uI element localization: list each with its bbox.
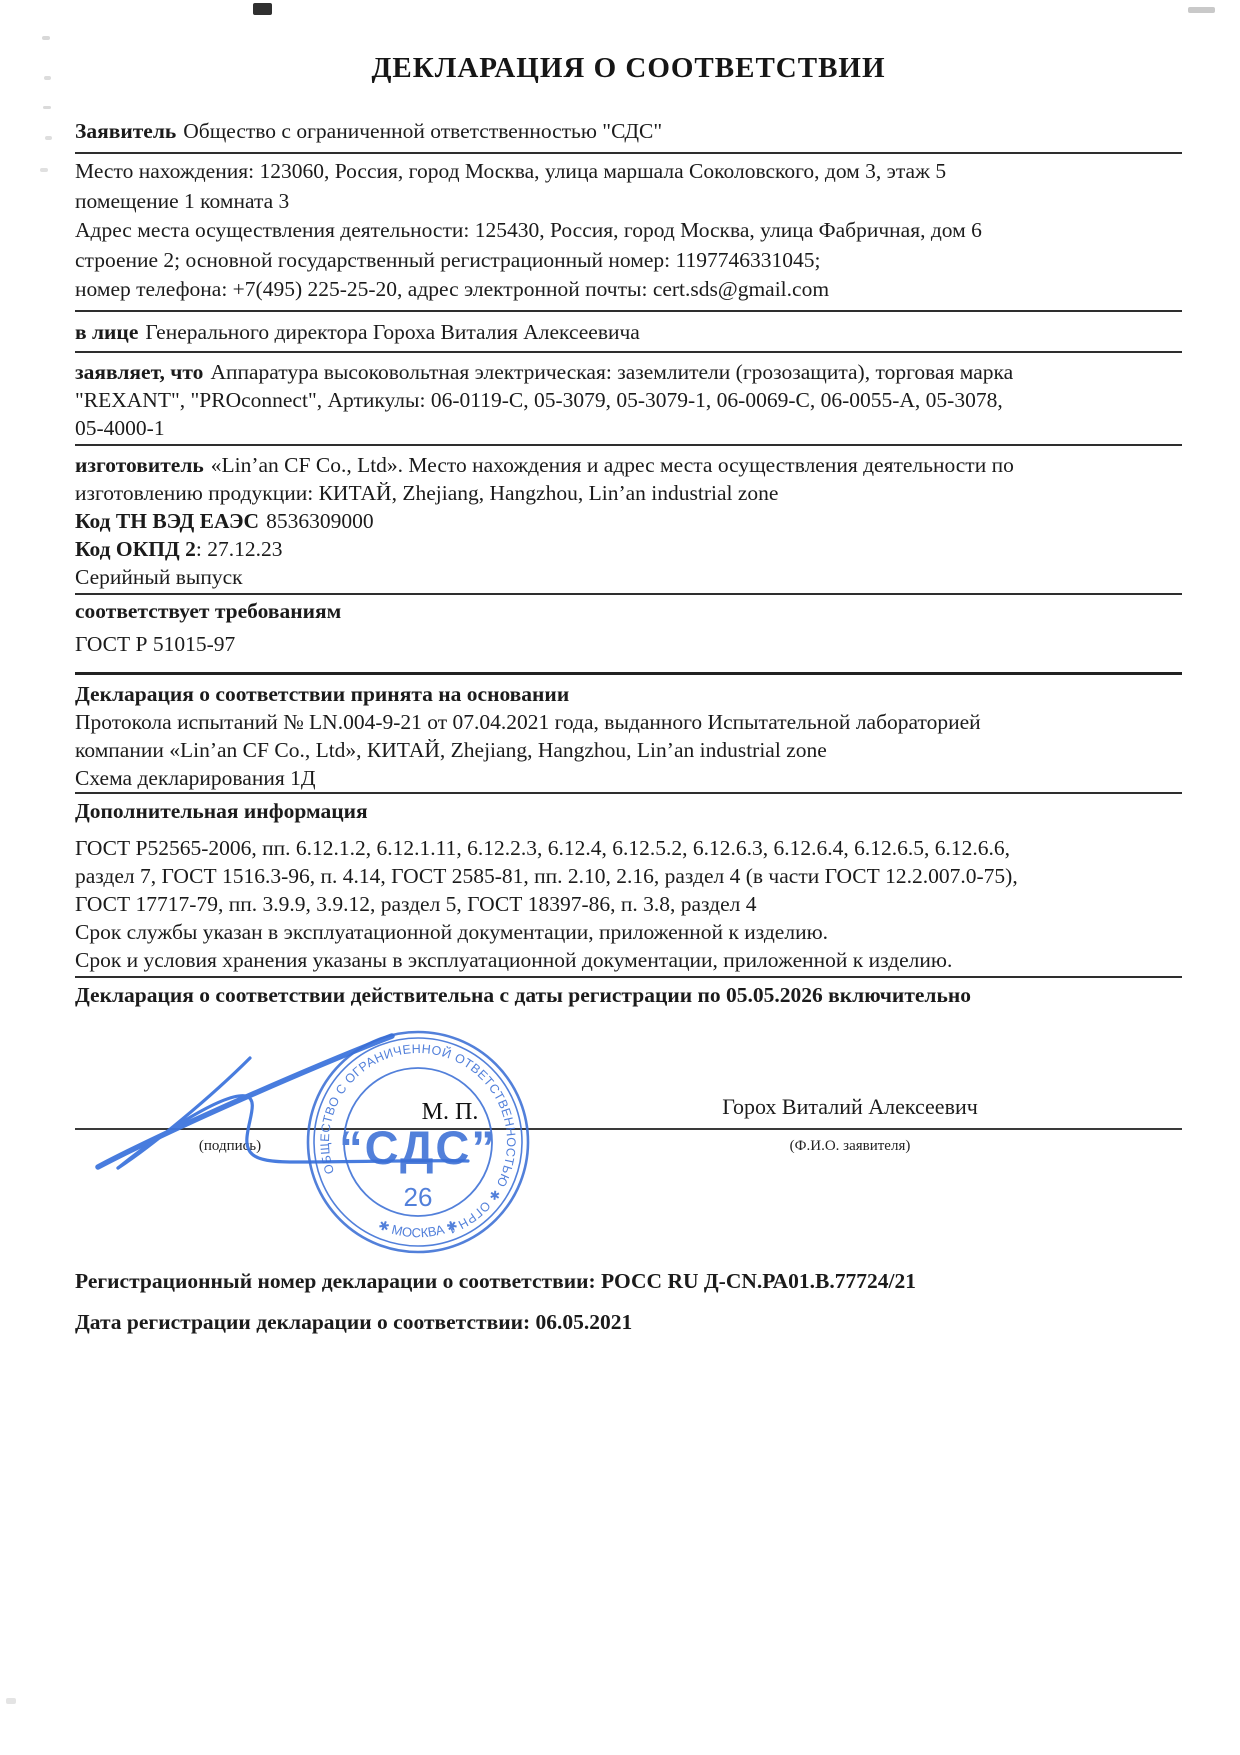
serial-row: Серийный выпуск — [75, 563, 1182, 591]
divider — [75, 152, 1182, 154]
in-person-row: в лицеГенерального директора Гороха Вита… — [75, 317, 1182, 347]
additional-gost-line: раздел 7, ГОСТ 1516.3-96, п. 4.14, ГОСТ … — [75, 862, 1182, 890]
registration-number-row: Регистрационный номер декларации о соотв… — [75, 1267, 1182, 1295]
basis-line: Протокола испытаний № LN.004-9-21 от 07.… — [75, 708, 1182, 736]
additional-heading: Дополнительная информация — [75, 797, 1182, 825]
applicant-label: Заявитель — [75, 119, 176, 143]
in-person-label: в лице — [75, 320, 138, 344]
signature-caption: (подпись) — [145, 1137, 315, 1155]
scan-artifact — [40, 168, 48, 172]
okpd-value: : 27.12.23 — [196, 537, 283, 561]
manufacturer-row: изготовитель«Lin’an CF Co., Ltd». Место … — [75, 451, 1182, 479]
scan-artifact — [1188, 7, 1215, 13]
document-page: ДЕКЛАРАЦИЯ О СООТВЕТСТВИИ ЗаявительОбщес… — [0, 0, 1240, 1755]
basis-heading: Декларация о соответствии принята на осн… — [75, 680, 1182, 708]
declares-label: заявляет, что — [75, 360, 203, 384]
validity-row: Декларация о соответствии действительна … — [75, 981, 1182, 1009]
manufacturer-label: изготовитель — [75, 453, 204, 477]
scan-artifact — [44, 76, 51, 80]
okpd-label: Код ОКПД 2 — [75, 537, 196, 561]
in-person-value: Генерального директора Гороха Виталия Ал… — [145, 320, 639, 344]
service-life-row: Срок службы указан в эксплуатационной до… — [75, 918, 1182, 946]
scan-artifact — [45, 136, 52, 140]
scan-artifact — [43, 106, 51, 109]
okpd-row: Код ОКПД 2: 27.12.23 — [75, 535, 1182, 563]
divider — [75, 351, 1182, 353]
address-line: помещение 1 комната 3 — [75, 187, 1182, 217]
additional-gost-line: ГОСТ 17717-79, пп. 3.9.9, 3.9.12, раздел… — [75, 890, 1182, 918]
divider — [75, 310, 1182, 312]
signature-block: М. П. Горох Виталий Алексеевич (подпись)… — [0, 1009, 1240, 1261]
applicant-value: Общество с ограниченной ответственностью… — [183, 119, 662, 143]
divider — [75, 976, 1182, 978]
tnved-row: Код ТН ВЭД ЕАЭС8536309000 — [75, 507, 1182, 535]
address-line: строение 2; основной государственный рег… — [75, 246, 1182, 276]
manufacturer-line: изготовлению продукции: КИТАЙ, Zhejiang,… — [75, 479, 1182, 507]
basis-line: Схема декларирования 1Д — [75, 764, 1182, 792]
conformity-heading: соответствует требованиям — [75, 597, 1182, 625]
stamp-place-label: М. П. — [400, 1099, 500, 1125]
declares-line: 05-4000-1 — [75, 414, 1182, 442]
registration-date-row: Дата регистрации декларации о соответств… — [75, 1308, 1182, 1336]
address-line: номер телефона: +7(495) 225-25-20, адрес… — [75, 275, 1182, 305]
name-caption: (Ф.И.О. заявителя) — [700, 1137, 1000, 1155]
declares-row: заявляет, чтоАппаратура высоковольтная э… — [75, 358, 1182, 386]
address-line: Адрес места осуществления деятельности: … — [75, 216, 1182, 246]
scan-artifact — [253, 3, 272, 15]
divider — [75, 593, 1182, 595]
declares-text: Аппаратура высоковольтная электрическая:… — [210, 360, 1013, 384]
tnved-value: 8536309000 — [266, 509, 374, 533]
applicant-row: ЗаявительОбщество с ограниченной ответст… — [75, 116, 1182, 146]
document-title: ДЕКЛАРАЦИЯ О СООТВЕТСТВИИ — [75, 50, 1182, 86]
additional-gost-line: ГОСТ Р52565-2006, пп. 6.12.1.2, 6.12.1.1… — [75, 834, 1182, 862]
signature-line — [75, 1128, 1182, 1130]
manufacturer-text: «Lin’an CF Co., Ltd». Место нахождения и… — [211, 453, 1014, 477]
divider-thick — [75, 672, 1182, 675]
scan-artifact — [6, 1698, 16, 1704]
basis-line: компании «Lin’an CF Co., Ltd», КИТАЙ, Zh… — [75, 736, 1182, 764]
divider — [75, 444, 1182, 446]
declares-line: "REXANT", "PROconnect", Артикулы: 06-011… — [75, 386, 1182, 414]
address-line: Место нахождения: 123060, Россия, город … — [75, 157, 1182, 187]
tnved-label: Код ТН ВЭД ЕАЭС — [75, 509, 259, 533]
scan-artifact — [42, 36, 50, 40]
conformity-standard: ГОСТ Р 51015-97 — [75, 630, 1182, 658]
divider — [75, 792, 1182, 794]
applicant-name: Горох Виталий Алексеевич — [620, 1094, 1080, 1120]
document-content: ДЕКЛАРАЦИЯ О СООТВЕТСТВИИ ЗаявительОбщес… — [0, 0, 1240, 1755]
storage-row: Срок и условия хранения указаны в эксплу… — [75, 946, 1182, 974]
